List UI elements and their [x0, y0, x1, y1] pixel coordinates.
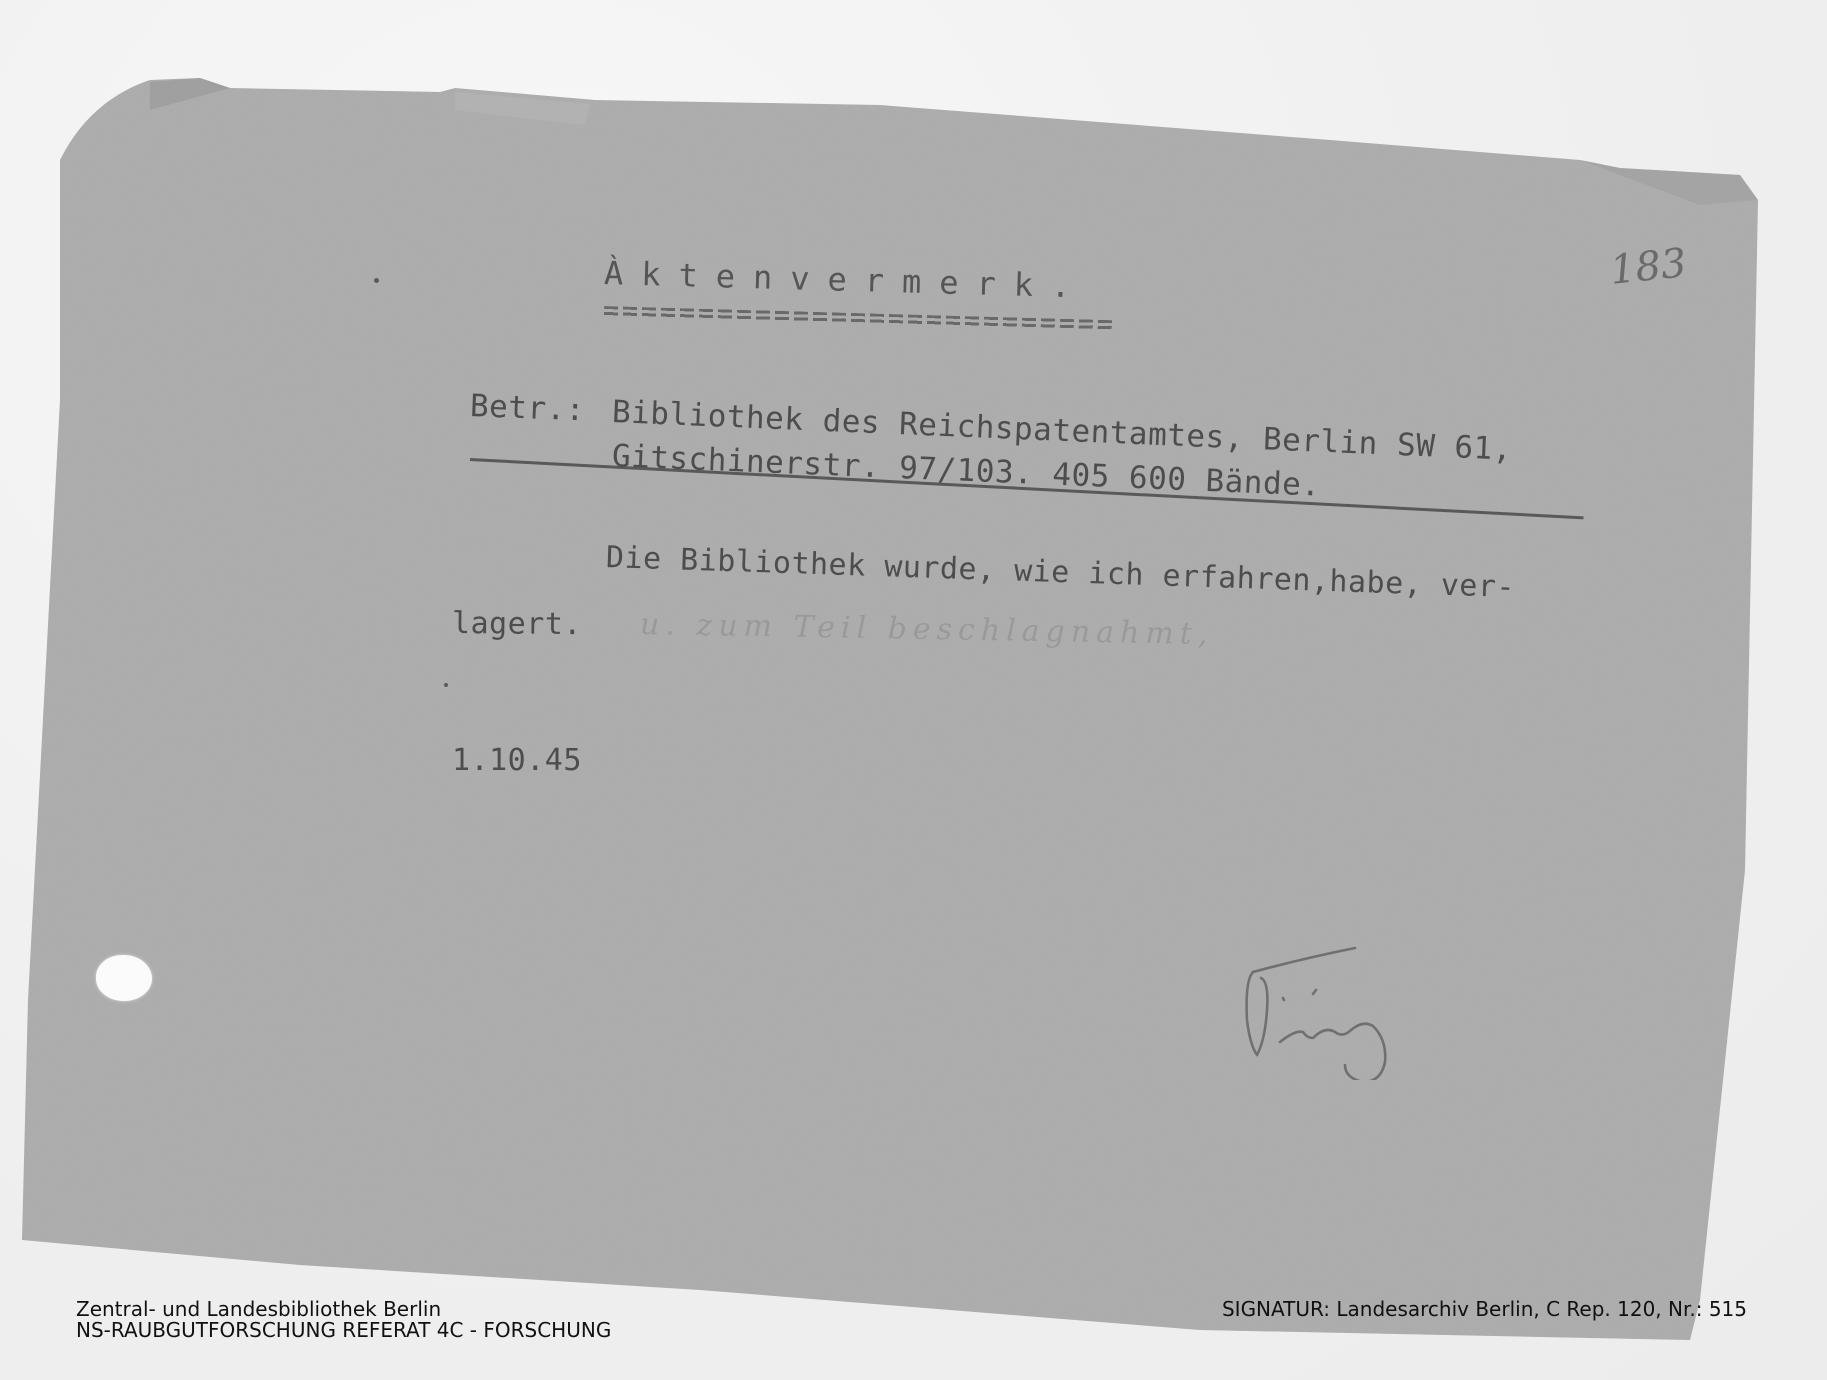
- footer-department: NS-RAUBGUTFORSCHUNG REFERAT 4C - FORSCHU…: [76, 1320, 611, 1341]
- paper-shape: [0, 0, 1827, 1380]
- document-date: 1.10.45: [452, 743, 582, 778]
- signature-icon: [1195, 920, 1405, 1080]
- footer-institution: Zentral- und Landesbibliothek Berlin NS-…: [76, 1299, 611, 1341]
- subject-label: Betr.:: [469, 388, 585, 428]
- body-line-2: lagert.: [452, 606, 582, 642]
- footer-institution-name: Zentral- und Landesbibliothek Berlin: [76, 1299, 611, 1320]
- margin-dot: [444, 683, 448, 687]
- paper-sheet: [0, 0, 1827, 1380]
- footer-signatur: SIGNATUR: Landesarchiv Berlin, C Rep. 12…: [1222, 1299, 1747, 1320]
- folio-number: 183: [1608, 240, 1689, 294]
- footer-archive-reference: SIGNATUR: Landesarchiv Berlin, C Rep. 12…: [1222, 1299, 1747, 1320]
- punch-hole: [96, 955, 152, 1001]
- margin-dot: [374, 278, 379, 283]
